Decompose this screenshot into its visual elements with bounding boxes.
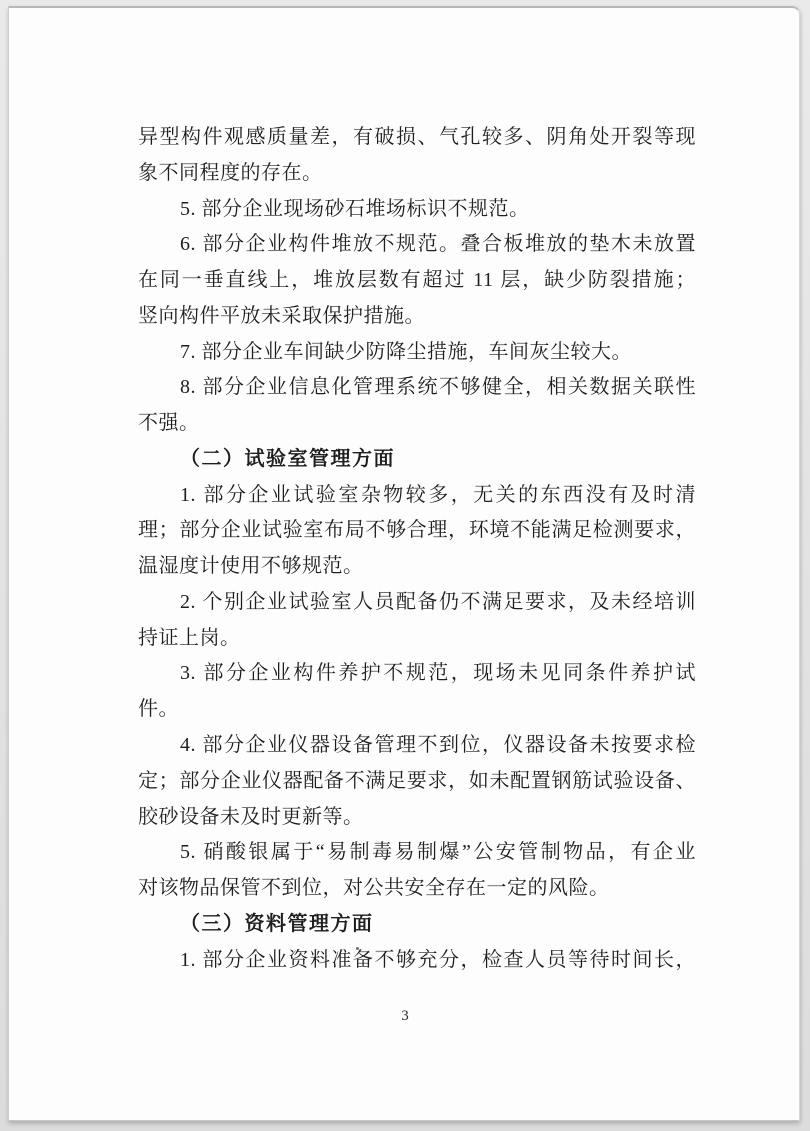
document-line: 件。 [138,692,696,728]
document-line: 5. 硝酸银属于“易制毒易制爆”公安管制物品，有企业 [138,835,696,871]
document-line: 8. 部分企业信息化管理系统不够健全，相关数据关联性 [138,370,696,406]
document-line: 不强。 [138,406,696,442]
document-line: 1. 部分企业试验室杂物较多，无关的东西没有及时清 [138,478,696,514]
document-line: 5. 部分企业现场砂石堆场标识不规范。 [138,192,696,228]
document-line: 在同一垂直线上，堆放层数有超过 11 层，缺少防裂措施； [138,263,696,299]
document-line: 3. 部分企业构件养护不规范，现场未见同条件养护试 [138,656,696,692]
document-line: 持证上岗。 [138,621,696,657]
document-line: 4. 部分企业仪器设备管理不到位，仪器设备未按要求检 [138,728,696,764]
document-page: 异型构件观感质量差，有破损、气孔较多、阴角处开裂等现 象不同程度的存在。 5. … [8,6,800,1121]
document-line: 竖向构件平放未采取保护措施。 [138,299,696,335]
document-line: 对该物品保管不到位，对公共安全存在一定的风险。 [138,871,696,907]
document-line: 象不同程度的存在。 [138,156,696,192]
document-line: 7. 部分企业车间缺少防降尘措施，车间灰尘较大。 [138,335,696,371]
section-heading: （三）资料管理方面 [138,907,696,943]
document-line: 2. 个别企业试验室人员配备仍不满足要求，及未经培训 [138,585,696,621]
document-line: 胶砂设备未及时更新等。 [138,800,696,836]
document-line: 异型构件观感质量差，有破损、气孔较多、阴角处开裂等现 [138,120,696,156]
document-line: 定；部分企业仪器配备不满足要求，如未配置钢筋试验设备、 [138,764,696,800]
scan-speck [356,947,359,950]
document-text-block: 异型构件观感质量差，有破损、气孔较多、阴角处开裂等现 象不同程度的存在。 5. … [138,120,696,978]
section-heading: （二）试验室管理方面 [138,442,696,478]
document-line: 1. 部分企业资料准备不够充分，检查人员等待时间长， [138,943,696,979]
page-number: 3 [390,1008,420,1025]
scanned-document: ? ī 异型构件观感质量差，有破损、气孔较多、阴角处开裂等现 象不同程度的存在。… [0,0,810,1131]
document-line: 理；部分企业试验室布局不够合理，环境不能满足检测要求， [138,513,696,549]
document-line: 温湿度计使用不够规范。 [138,549,696,585]
document-line: 6. 部分企业构件堆放不规范。叠合板堆放的垫木未放置 [138,227,696,263]
